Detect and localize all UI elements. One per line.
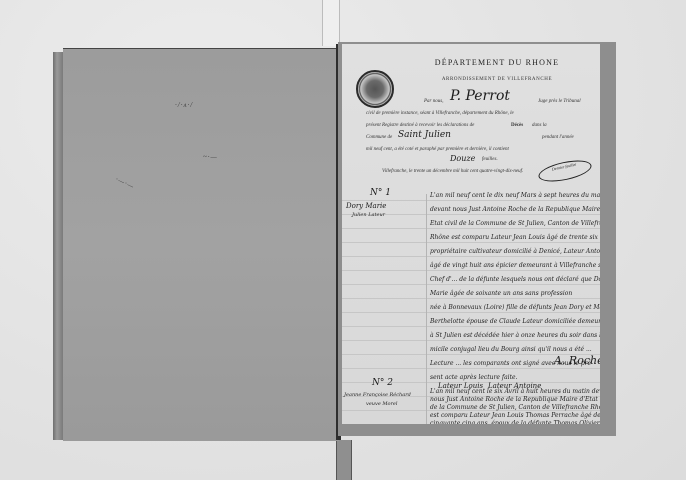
- left-page-edge: [53, 52, 63, 440]
- header-line5: mil neuf cent, a été coté et paraphé par…: [366, 147, 509, 152]
- entry-body-line: à St Julien est décédée hier à onze heur…: [430, 332, 600, 339]
- header-line6-suffix: feuilles.: [482, 157, 498, 162]
- ruled-line: [342, 326, 600, 327]
- last-sheet-stamp: Dernier feuillet: [537, 157, 594, 186]
- entry-body-line: est comparu Lateur Jean Louis Thomas Per…: [430, 412, 600, 419]
- entry-number: N° 2: [372, 378, 393, 388]
- ruled-line: [342, 340, 600, 341]
- entry-body-line: nous Just Antoine Roche de la Republique…: [430, 396, 600, 403]
- arrondissement-subtitle: ARRONDISSEMENT DE VILLEFRANCHE: [402, 77, 592, 82]
- ruled-line: [342, 368, 600, 369]
- margin-line: [426, 194, 427, 424]
- entry-body-line: Rhône est comparu Lateur Jean Louis âgé …: [430, 234, 600, 241]
- binding-strip-bottom: [336, 440, 352, 480]
- entry-body-line: micile conjugal lieu du Bourg ainsi qu'i…: [430, 346, 592, 353]
- ruled-line: [342, 312, 600, 313]
- header-line2: civil de première instance, séant à Vill…: [366, 111, 514, 116]
- left-page-mark: ·/·ʌ·/: [175, 101, 193, 109]
- left-page: ·/·ʌ·/ ~·— ·—·—: [63, 48, 339, 441]
- sheet-count: Douze: [450, 154, 475, 163]
- entry-body-line: L'an mil neuf cent le six Avril à huit h…: [430, 388, 600, 395]
- seal-icon: [356, 70, 394, 108]
- mayor-signature: A. Roche: [554, 354, 600, 367]
- ruled-line: [342, 242, 600, 243]
- entry-margin-sub: veuve Morel: [366, 401, 397, 407]
- ruled-line: [342, 200, 600, 201]
- header-line4-prefix: Commune de: [366, 135, 392, 140]
- entry-margin-name: Dory Marie: [346, 202, 386, 210]
- entry-body-line: cinquante cinq ans, époux de la défunte …: [430, 420, 600, 424]
- right-page: DÉPARTEMENT DU RHONE ARRONDISSEMENT DE V…: [342, 44, 600, 424]
- entry-body-line: Chef d'... de la défunte lesquels nous o…: [430, 276, 600, 283]
- ruled-line: [342, 284, 600, 285]
- entry-body-line: propriétaire cultivateur domicilié à Den…: [430, 248, 600, 255]
- ruled-line: [342, 298, 600, 299]
- entry-body-line: née à Bonnevaux (Loire) fille de défunts…: [430, 304, 600, 311]
- ruled-line: [342, 270, 600, 271]
- entry-body-line: devant nous Just Antoine Roche de la Rep…: [430, 206, 600, 213]
- header-line3-suffix: dans la: [532, 123, 547, 128]
- left-page-mark: ·—·—: [114, 175, 135, 191]
- entry-body-line: L'an mil neuf cent le dix neuf Mars à se…: [430, 192, 600, 199]
- header-line3-prefix: présent Registre destiné à recevoir les …: [366, 123, 474, 128]
- header-line4-suffix: pendant l'année: [542, 135, 574, 140]
- entry-body-line: Marie âgée de soixante un ans sans profe…: [430, 290, 572, 297]
- department-title: DÉPARTEMENT DU RHONE: [402, 58, 592, 67]
- entry-body-line: âgé de vingt huit ans épicier demeurant …: [430, 262, 600, 269]
- judge-signature: P. Perrot: [450, 88, 510, 104]
- commune-name: Saint Julien: [398, 130, 451, 140]
- entry-margin-name: Jeanne Françoise Réchard: [344, 392, 411, 398]
- left-page-mark: ~·—: [203, 153, 218, 161]
- entry-body-line: Berthelotte épouse de Claude Lateur domi…: [430, 318, 600, 325]
- entry-margin-sub: Julien Lateur: [352, 212, 385, 218]
- header-line7: Villefranche, le trente un décembre mil …: [382, 169, 523, 174]
- entry-number: N° 1: [370, 188, 391, 198]
- header-line1-suffix: Juge près le Tribunal: [538, 99, 581, 104]
- binding-strip-top: [322, 0, 340, 46]
- ruled-line: [342, 256, 600, 257]
- entry-body-line: Etat civil de la Commune de St Julien, C…: [430, 220, 600, 227]
- entry-body-line: sent acte après lecture faite.: [430, 374, 517, 381]
- header-line3-bold: Décès: [511, 123, 523, 128]
- ruled-line: [342, 228, 600, 229]
- entry-body-line: de la Commune de St Julien, Canton de Vi…: [430, 404, 600, 411]
- header-line1-prefix: Par nous,: [424, 99, 443, 104]
